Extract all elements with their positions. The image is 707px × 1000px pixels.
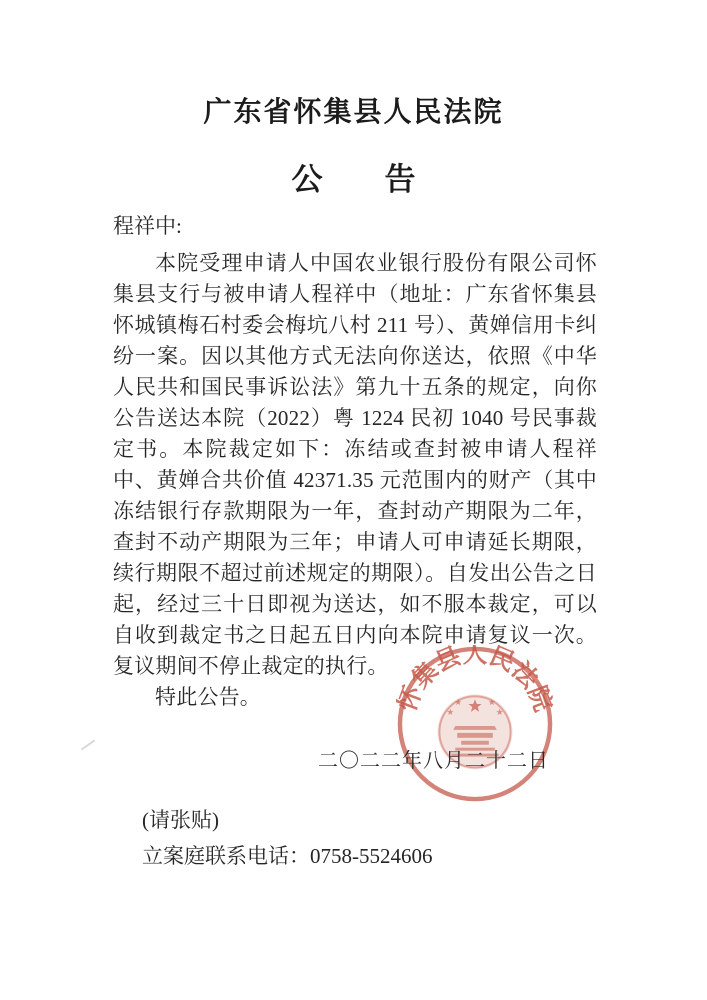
closing-line: 特此公告。 <box>113 682 597 713</box>
scan-artifact <box>81 740 95 751</box>
recipient-salutation: 程祥中: <box>113 211 597 242</box>
court-notice-page: 广东省怀集县人民法院 公 告 程祥中: 本院受理申请人中国农业银行股份有限公司怀… <box>0 0 707 1000</box>
notice-paragraph: 本院受理申请人中国农业银行股份有限公司怀集县支行与被申请人程祥中（地址：广东省怀… <box>113 248 597 682</box>
post-note: (请张贴) <box>142 804 219 834</box>
issue-date: 二〇二二年八月二十二日 <box>318 744 549 773</box>
court-name: 广东省怀集县人民法院 <box>0 0 707 130</box>
notice-body-block: 程祥中: 本院受理申请人中国农业银行股份有限公司怀集县支行与被申请人程祥中（地址… <box>113 211 597 713</box>
notice-title: 公 告 <box>0 154 707 199</box>
contact-phone: 立案庭联系电话：0758-5524606 <box>142 840 433 870</box>
